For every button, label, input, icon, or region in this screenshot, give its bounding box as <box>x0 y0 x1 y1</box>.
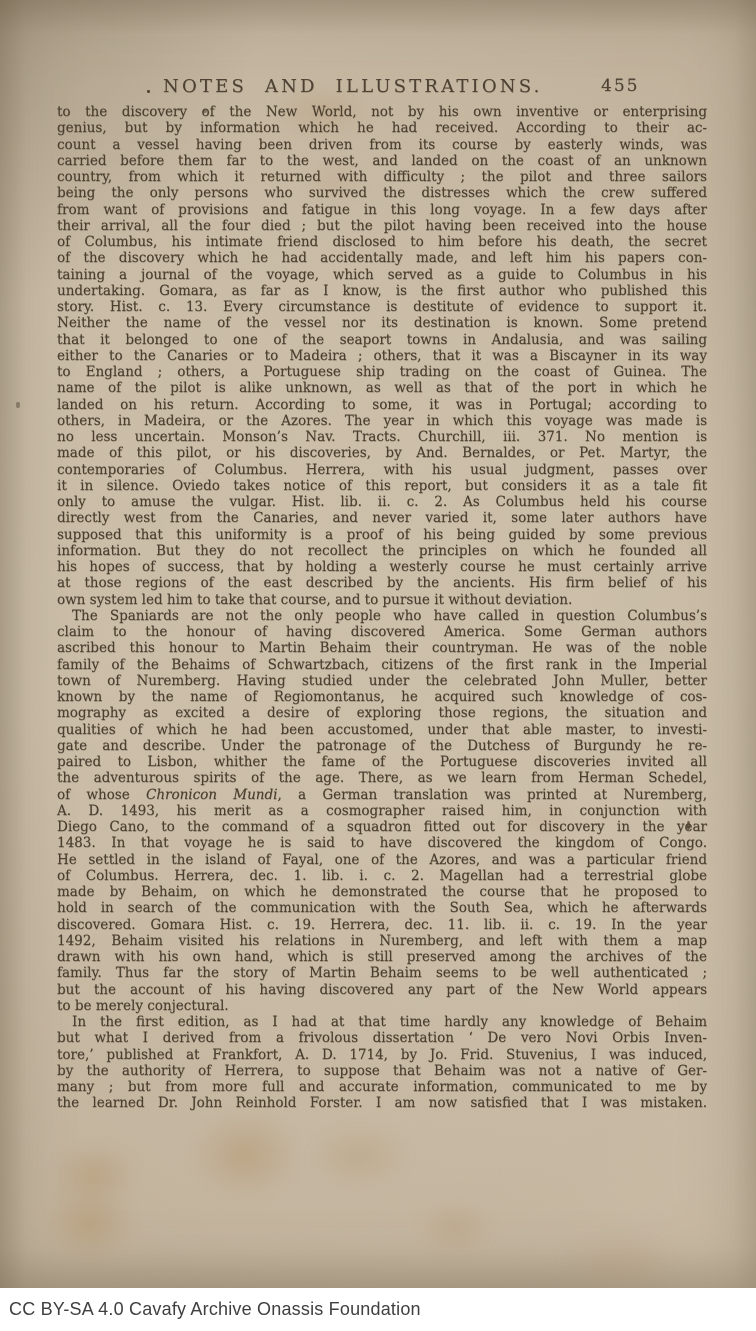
text-line: Neither the name of the vessel nor its d… <box>57 315 707 331</box>
text-line: undertaking. Gomara, as far as I know, i… <box>57 283 707 299</box>
text-line: 1483. In that voyage he is said to have … <box>57 835 707 851</box>
text-line: of the discovery which he had accidental… <box>57 250 707 266</box>
text-line: known by the name of Regiomontanus, he a… <box>57 689 707 705</box>
text-line: landed on his return. According to some,… <box>57 397 707 413</box>
text-line: 1492, Behaim visited his relations in Nu… <box>57 933 707 949</box>
text-line: others, in Madeira, or the Azores. The y… <box>57 413 707 429</box>
text-line: to England ; others, a Portuguese ship t… <box>57 364 707 380</box>
text-line: but the account of his having discovered… <box>57 982 707 998</box>
text-line: hold in search of the communication with… <box>57 900 707 916</box>
paper-stain <box>560 1230 680 1288</box>
ink-speck <box>147 90 150 93</box>
text-line: made by Behaim, on which he demonstrated… <box>57 884 707 900</box>
text-line: count a vessel having been driven from i… <box>57 137 707 153</box>
text-line: ascribed this honour to Martin Behaim th… <box>57 640 707 656</box>
text-line: no less uncertain. Monson’s Nav. Tracts.… <box>57 429 707 445</box>
text-line: either to the Canaries or to Madeira ; o… <box>57 348 707 364</box>
text-line: The Spaniards are not the only people wh… <box>57 608 707 624</box>
text-line: by the authority of Herrera, to suppose … <box>57 1063 707 1079</box>
book-page-scan: NOTES AND ILLUSTRATIONS. 455 to the disc… <box>0 0 756 1288</box>
text-line: carried before them far to the west, and… <box>57 153 707 169</box>
text-line: being the only persons who survived the … <box>57 185 707 201</box>
paragraph: In the first edition, as I had at that t… <box>57 1014 707 1112</box>
page-header-title: NOTES AND ILLUSTRATIONS. <box>163 76 543 97</box>
text-line: of Columbus, his intimate friend disclos… <box>57 234 707 250</box>
text-line: gate and describe. Under the patronage o… <box>57 738 707 754</box>
text-line: claim to the honour of having discovered… <box>57 624 707 640</box>
paper-stain <box>52 1145 137 1205</box>
license-bar: CC BY-SA 4.0 Cavafy Archive Onassis Foun… <box>0 1288 756 1331</box>
text-line: only to amuse the vulgar. Hist. lib. ii.… <box>57 494 707 510</box>
text-line: country, from which it returned with dif… <box>57 169 707 185</box>
paragraph: to the discovery of the New World, not b… <box>57 104 707 608</box>
text-line: but what I derived from a frivolous diss… <box>57 1030 707 1046</box>
text-line: tore,’ published at Frankfort, A. D. 171… <box>57 1047 707 1063</box>
text-line: mography as excited a desire of explorin… <box>57 705 707 721</box>
text-line: He settled in the island of Fayal, one o… <box>57 852 707 868</box>
text-line: their arrival, all the four died ; but t… <box>57 218 707 234</box>
text-line: discovered. Gomara Hist. c. 19. Herrera,… <box>57 917 707 933</box>
paper-stain <box>193 1112 298 1197</box>
text-line: to the discovery of the New World, not b… <box>57 104 707 120</box>
text-line: information. But they do not recollect t… <box>57 543 707 559</box>
text-line: story. Hist. c. 13. Every circumstance i… <box>57 299 707 315</box>
text-line: from want of provisions and fatigue in t… <box>57 202 707 218</box>
text-line: the adventurous spirits of the age. Ther… <box>57 770 707 786</box>
text-line: genius, but by information which he had … <box>57 120 707 136</box>
ink-speck <box>16 402 20 408</box>
text-line: In the first edition, as I had at that t… <box>57 1014 707 1030</box>
text-line: many ; but from more full and accurate i… <box>57 1079 707 1095</box>
text-line: contemporaries of Columbus. Herrera, wit… <box>57 462 707 478</box>
paper-stain <box>418 1200 493 1255</box>
text-line: Diego Cano, to the command of a squadron… <box>57 819 707 835</box>
text-line: supposed that this uniformity is a proof… <box>57 527 707 543</box>
text-line: made of this pilot, or his discoveries, … <box>57 445 707 461</box>
text-line: family of the Behaims of Schwartzbach, c… <box>57 657 707 673</box>
text-line: that it belonged to one of the seaport t… <box>57 332 707 348</box>
paragraph: The Spaniards are not the only people wh… <box>57 608 707 1014</box>
text-line: drawn with his own hand, which is still … <box>57 949 707 965</box>
text-line: of Columbus. Herrera, dec. 1. lib. i. c.… <box>57 868 707 884</box>
text-line: at those regions of the east described b… <box>57 575 707 591</box>
text-line: to be merely conjectural. <box>57 998 707 1014</box>
text-line: directly west from the Canaries, and nev… <box>57 510 707 526</box>
paper-stain <box>45 1185 135 1260</box>
license-text: CC BY-SA 4.0 Cavafy Archive Onassis Foun… <box>9 1299 421 1320</box>
text-line: taining a journal of the voyage, which s… <box>57 267 707 283</box>
text-line: name of the pilot is alike unknown, as w… <box>57 380 707 396</box>
text-line: own system led him to take that course, … <box>57 592 707 608</box>
paper-stain <box>310 1125 410 1187</box>
text-line: of whose Chronicon Mundi, a German trans… <box>57 787 707 803</box>
page-number: 455 <box>601 76 639 96</box>
page-text: to the discovery of the New World, not b… <box>57 104 707 1112</box>
text-line: town of Nuremberg. Having studied under … <box>57 673 707 689</box>
text-line: his hopes of success, that by holding a … <box>57 559 707 575</box>
text-line: it in silence. Oviedo takes notice of th… <box>57 478 707 494</box>
text-line: the learned Dr. John Reinhold Forster. I… <box>57 1095 707 1111</box>
text-line: qualities of which he had been accustome… <box>57 722 707 738</box>
text-line: paired to Lisbon, whither the fame of th… <box>57 754 707 770</box>
text-line: family. Thus far the story of Martin Beh… <box>57 965 707 981</box>
text-line: A. D. 1493, his merit as a cosmographer … <box>57 803 707 819</box>
